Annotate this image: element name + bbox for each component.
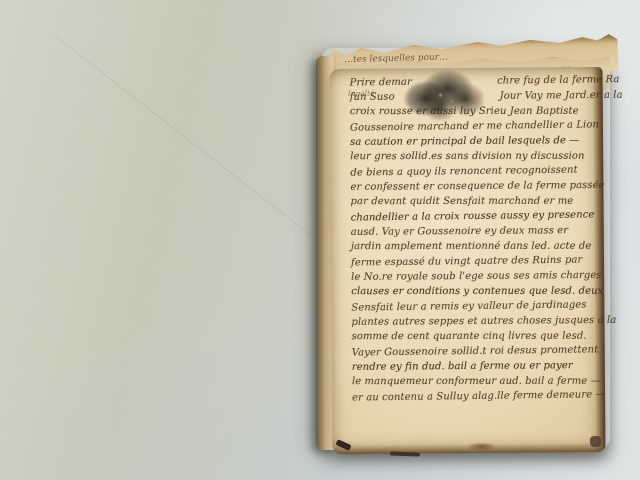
- paper-tear: [468, 443, 494, 451]
- manuscript-line: plantes autres seppes et autres choses j…: [351, 313, 601, 330]
- ink-stamp: [403, 68, 483, 123]
- manuscript-lines: Prire demar chre fug de la ferme Rafun S…: [350, 73, 603, 405]
- paper-stack: …tes lesquelles pour… …le cache… de la… …: [316, 30, 616, 456]
- bottom-dark-mark: [590, 436, 601, 447]
- manuscript-line: rendre ey fin dud. bail a ferme ou er pa…: [352, 358, 602, 375]
- manuscript-line: er au contenu a Sulluy alag.lle ferme de…: [352, 387, 602, 405]
- manuscript-line: er confessent er consequence de la ferme…: [350, 178, 600, 195]
- photo-of-manuscript: …tes lesquelles pour… …le cache… de la… …: [0, 0, 640, 480]
- manuscript-line: sa caution er principal de bail lesquels…: [350, 133, 600, 150]
- main-manuscript-page: Inpalté Prire demar chre fug de la ferme…: [329, 67, 604, 453]
- manuscript-line: le No.re royale soub l'ege sous ses amis…: [351, 268, 601, 285]
- manuscript-line: ausd. Vay er Goussenoire ey deux mass er: [351, 223, 601, 240]
- bottom-dark-mark: [390, 451, 420, 456]
